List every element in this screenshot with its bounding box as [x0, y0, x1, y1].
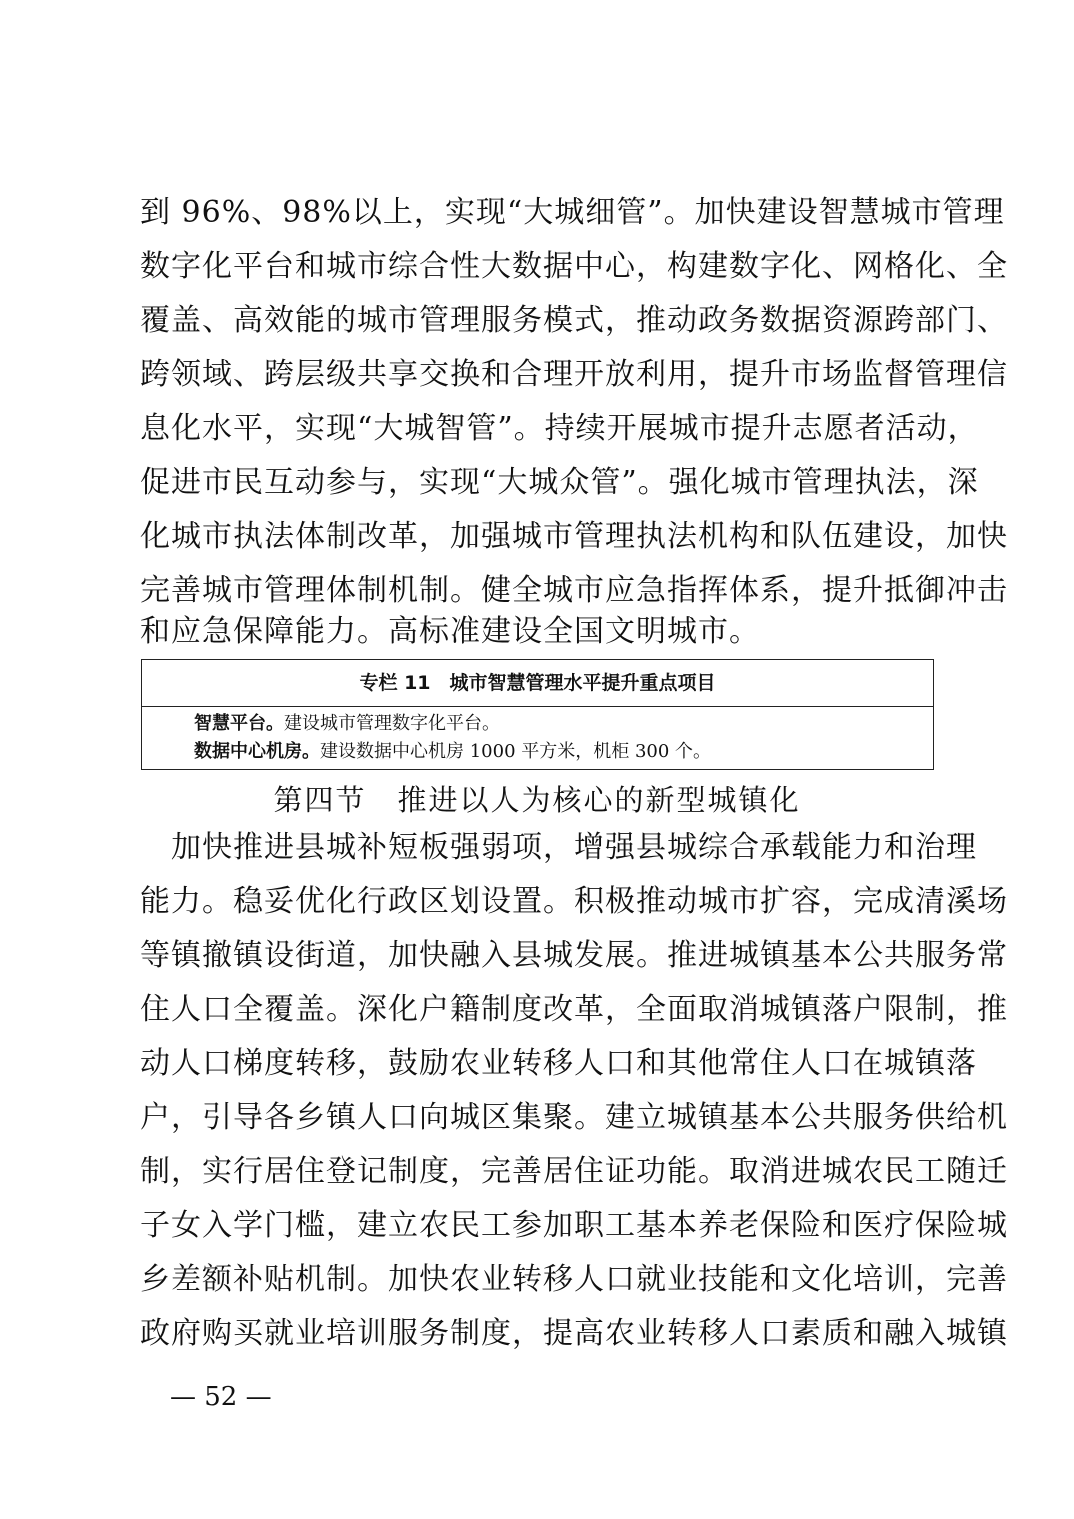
page-number: — 52 —	[170, 1377, 272, 1417]
box-title: 专栏 11 城市智慧管理水平提升重点项目	[142, 660, 933, 707]
text-line: 化城市执法体制改革，加强城市管理执法机构和队伍建设，加快	[140, 517, 937, 557]
project-box: 专栏 11 城市智慧管理水平提升重点项目 智慧平台。建设城市管理数字化平台。 数…	[141, 659, 934, 770]
box-item-label: 数据中心机房。	[194, 741, 320, 762]
text-line: 乡差额补贴机制。加快农业转移人口就业技能和文化培训，完善	[140, 1260, 937, 1300]
text-line: 能力。稳妥优化行政区划设置。积极推动城市扩容，完成清溪场	[140, 882, 937, 922]
section-heading: 第四节 推进以人为核心的新型城镇化	[0, 780, 1074, 820]
box-item: 智慧平台。建设城市管理数字化平台。	[142, 710, 933, 738]
text-line: 促进市民互动参与，实现“大城众管”。强化城市管理执法，深	[140, 463, 937, 503]
text-line: 息化水平，实现“大城智管”。持续开展城市提升志愿者活动，	[140, 409, 937, 449]
box-item: 数据中心机房。建设数据中心机房 1000 平方米，机柜 300 个。	[142, 738, 933, 766]
text-line: 等镇撤镇设街道，加快融入县城发展。推进城镇基本公共服务常	[140, 936, 937, 976]
text-line: 到 96%、98%以上，实现“大城细管”。加快建设智慧城市管理	[140, 193, 937, 233]
text-line: 政府购买就业培训服务制度，提高农业转移人口素质和融入城镇	[140, 1314, 937, 1354]
box-item-text: 建设城市管理数字化平台。	[284, 713, 500, 734]
text-line: 跨领域、跨层级共享交换和合理开放利用，提升市场监督管理信	[140, 355, 937, 395]
text-line: 动人口梯度转移，鼓励农业转移人口和其他常住人口在城镇落	[140, 1044, 910, 1084]
text-line: 子女入学门槛，建立农民工参加职工基本养老保险和医疗保险城	[140, 1206, 937, 1246]
text-line: 数字化平台和城市综合性大数据中心，构建数字化、网格化、全	[140, 247, 937, 287]
text-line: 和应急保障能力。高标准建设全国文明城市。	[140, 612, 937, 652]
box-item-text: 建设数据中心机房 1000 平方米，机柜 300 个。	[320, 741, 711, 762]
text-line: 住人口全覆盖。深化户籍制度改革，全面取消城镇落户限制，推	[140, 990, 937, 1030]
text-line: 加快推进县城补短板强弱项，增强县城综合承载能力和治理	[140, 828, 937, 868]
text-line: 户，引导各乡镇人口向城区集聚。建立城镇基本公共服务供给机	[140, 1098, 937, 1138]
text-line: 制，实行居住登记制度，完善居住证功能。取消进城农民工随迁	[140, 1152, 937, 1192]
text-line: 完善城市管理体制机制。健全城市应急指挥体系，提升抵御冲击	[140, 571, 937, 611]
text-line: 覆盖、高效能的城市管理服务模式，推动政务数据资源跨部门、	[140, 301, 937, 341]
box-item-label: 智慧平台。	[194, 713, 284, 734]
